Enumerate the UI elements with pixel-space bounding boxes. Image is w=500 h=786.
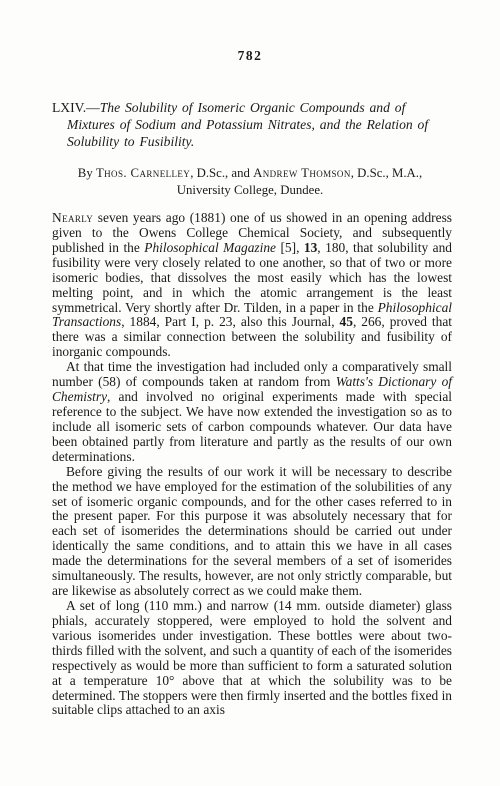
page-number: 782 (0, 0, 500, 64)
text-segment: LXIV.— (52, 100, 100, 115)
text-segment: Before giving the results of our work it… (52, 464, 452, 598)
text-segment: 45 (340, 314, 353, 329)
paragraph: Nearly seven years ago (1881) one of us … (52, 211, 452, 360)
text-segment: Philosophical Magazine (144, 240, 276, 255)
text-segment: [5], (276, 240, 304, 255)
byline-affiliation: University College, Dundee. (0, 182, 500, 199)
paragraph: A set of long (110 mm.) and narrow (14 m… (52, 599, 452, 718)
text-segment: The Solubility of Isomeric Organic Compo… (67, 100, 428, 149)
article-body: Nearly seven years ago (1881) one of us … (52, 211, 452, 718)
text-segment: , 1884, Part I, p. 23, also this Journal… (121, 314, 339, 329)
text-segment: , D.Sc., and (190, 166, 253, 180)
byline: By Thos. Carnelley, D.Sc., and Andrew Th… (0, 165, 500, 198)
text-segment: Thos. Carnelley (96, 166, 190, 180)
text-segment: Nearly (52, 210, 93, 225)
paragraph: Before giving the results of our work it… (52, 465, 452, 599)
paragraph: At that time the investigation had inclu… (52, 360, 452, 464)
text-segment: Andrew Thomson (253, 166, 351, 180)
article-title: LXIV.—The Solubility of Isomeric Organic… (52, 99, 452, 150)
byline-authors: By Thos. Carnelley, D.Sc., and Andrew Th… (0, 165, 500, 182)
text-segment: 13 (304, 240, 317, 255)
text-segment: , and involved no original experiments m… (52, 389, 452, 464)
text-segment: , D.Sc., M.A., (351, 166, 422, 180)
text-segment: By (78, 166, 96, 180)
scanned-page: 782 LXIV.—The Solubility of Isomeric Org… (0, 0, 500, 786)
text-segment: A set of long (110 mm.) and narrow (14 m… (52, 598, 452, 717)
